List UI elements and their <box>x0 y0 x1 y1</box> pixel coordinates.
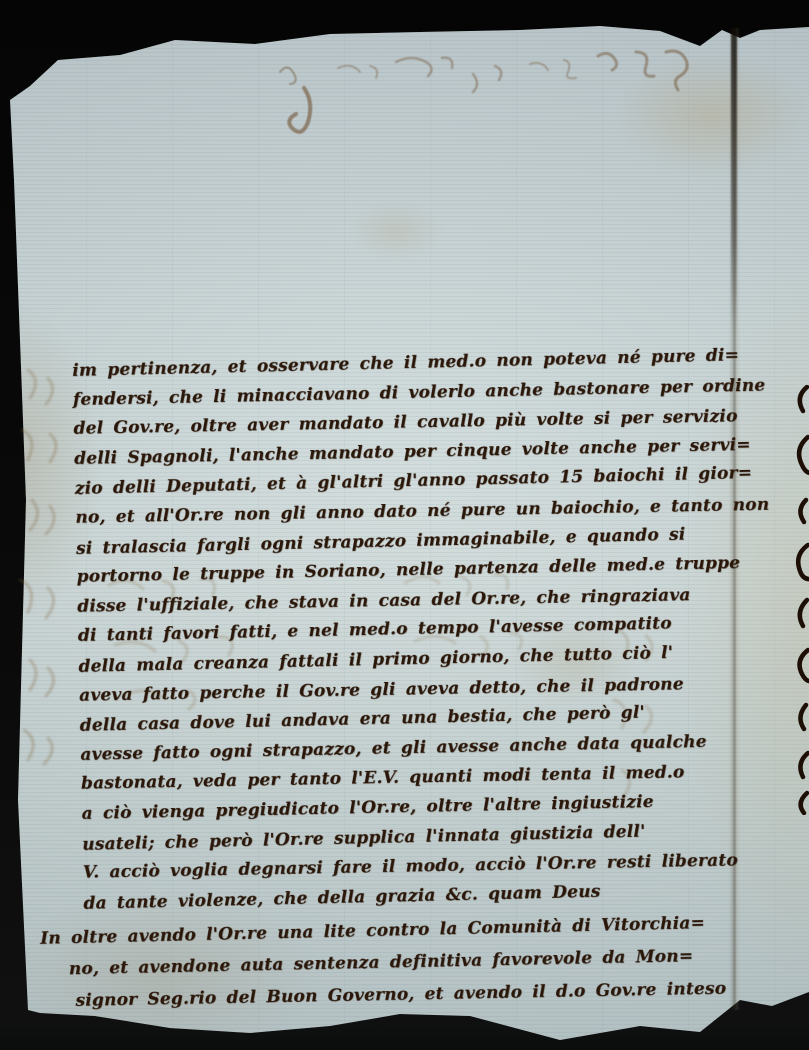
manuscript-postscript: In oltre avendo l'Or.re una lite contro … <box>84 906 786 1017</box>
manuscript-body: im pertinenza, et osservare che il med.o… <box>72 341 784 918</box>
bleed-through-marks <box>8 360 78 790</box>
facing-page-partial-ink-strokes <box>787 385 809 815</box>
scanned-manuscript-page: im pertinenza, et osservare che il med.o… <box>0 0 809 1050</box>
manuscript-text-block: im pertinenza, et osservare che il med.o… <box>72 341 786 1017</box>
faded-ink-inscription <box>268 34 708 144</box>
fold-crease-gap <box>731 28 737 333</box>
